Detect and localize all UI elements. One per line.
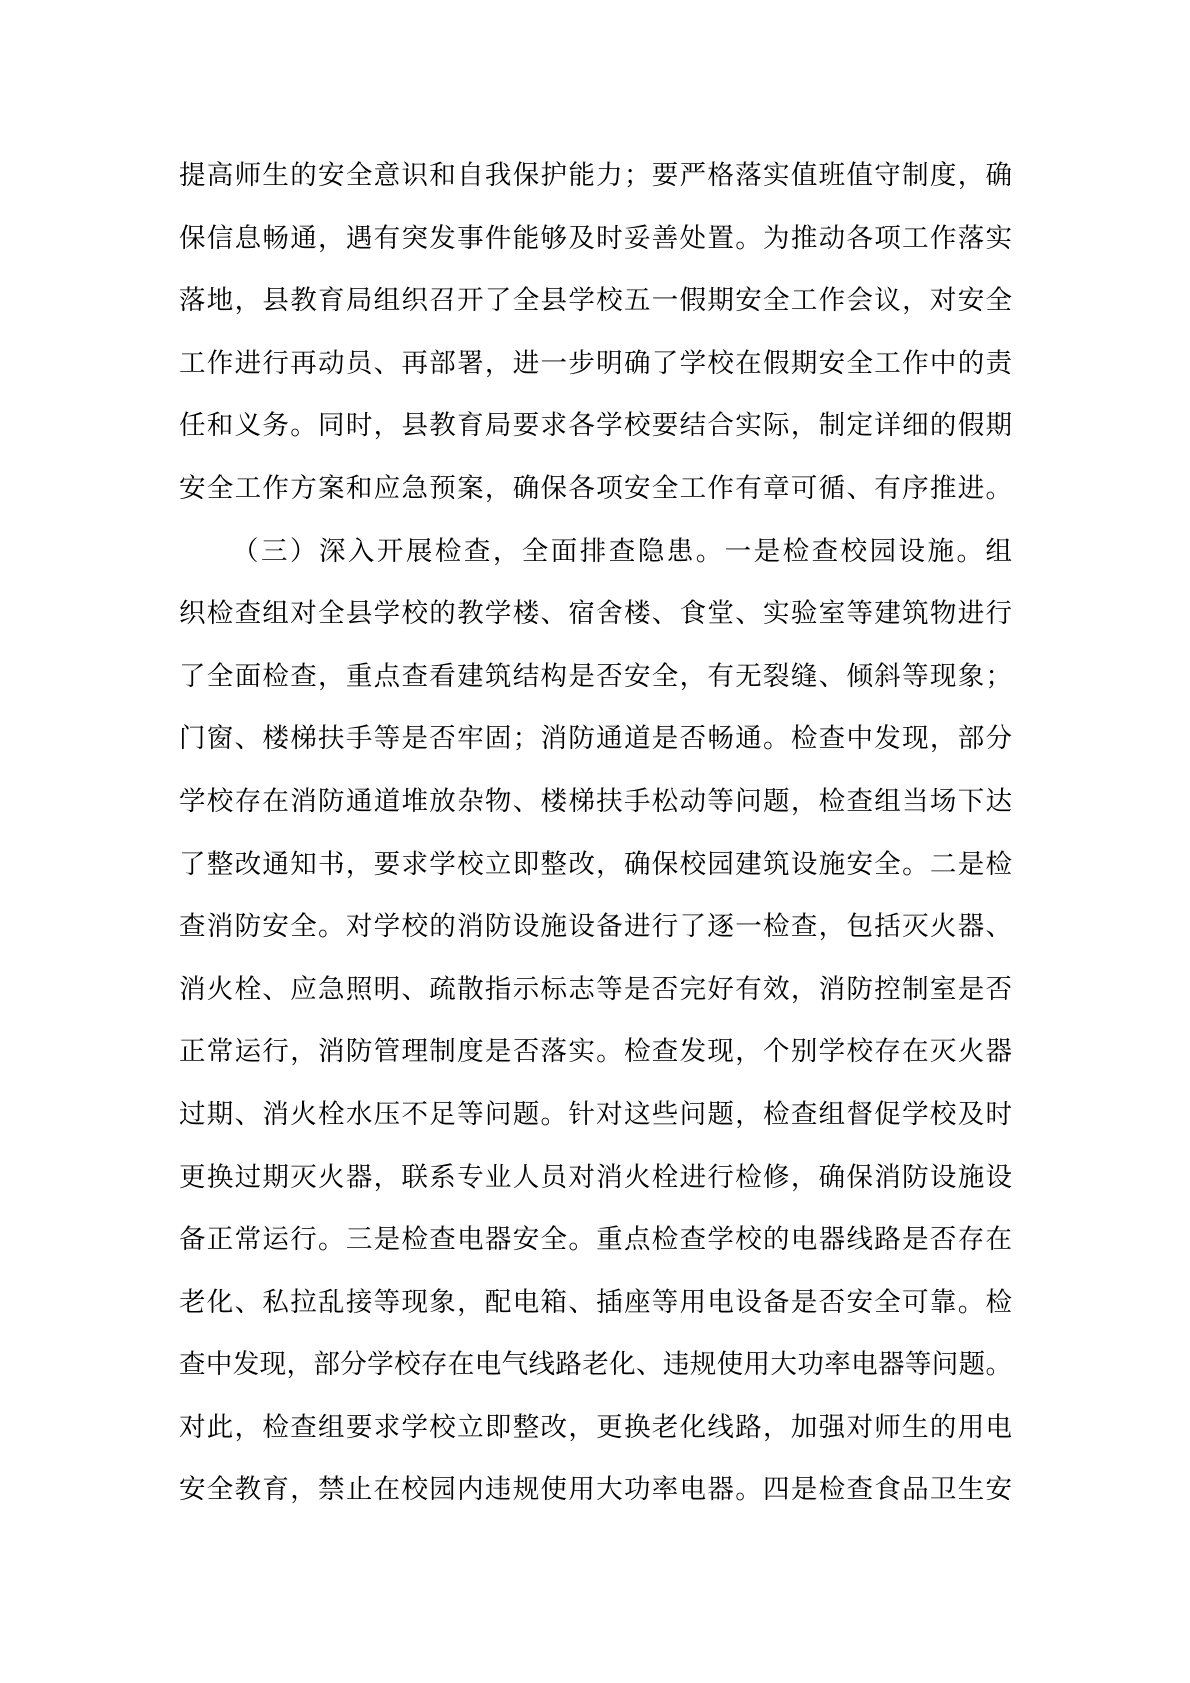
text-line: 提高师生的安全意识和自我保护能力；要严格落实值班值守制度，确: [179, 144, 1012, 207]
text-line: 查消防安全。对学校的消防设施设备进行了逐一检查，包括灭火器、: [179, 895, 1012, 958]
text-line: 织检查组对全县学校的教学楼、宿舍楼、食堂、实验室等建筑物进行: [179, 582, 1012, 645]
text-line: 备正常运行。三是检查电器安全。重点检查学校的电器线路是否存在: [179, 1208, 1012, 1271]
text-line: 过期、消火栓水压不足等问题。针对这些问题，检查组督促学校及时: [179, 1083, 1012, 1146]
text-line: 对此，检查组要求学校立即整改，更换老化线路，加强对师生的用电: [179, 1396, 1012, 1459]
text-line: 查中发现，部分学校存在电气线路老化、违规使用大功率电器等问题。: [179, 1333, 1012, 1396]
text-line: 消火栓、应急照明、疏散指示标志等是否完好有效，消防控制室是否: [179, 958, 1012, 1021]
text-line: 了全面检查，重点查看建筑结构是否安全，有无裂缝、倾斜等现象；: [179, 645, 1012, 708]
text-line: 安全教育，禁止在校园内违规使用大功率电器。四是检查食品卫生安: [179, 1458, 1012, 1521]
text-line: 正常运行，消防管理制度是否落实。检查发现，个别学校存在灭火器: [179, 1020, 1012, 1083]
text-line: 更换过期灭火器，联系专业人员对消火栓进行检修，确保消防设施设: [179, 1146, 1012, 1209]
text-line: 任和义务。同时，县教育局要求各学校要结合实际，制定详细的假期: [179, 394, 1012, 457]
document-body-text: 提高师生的安全意识和自我保护能力；要严格落实值班值守制度，确 保信息畅通，遇有突…: [179, 144, 1012, 1521]
document-page: 提高师生的安全意识和自我保护能力；要严格落实值班值守制度，确 保信息畅通，遇有突…: [0, 0, 1190, 1683]
text-line: 落地，县教育局组织召开了全县学校五一假期安全工作会议，对安全: [179, 269, 1012, 332]
text-line: 了整改通知书，要求学校立即整改，确保校园建筑设施安全。二是检: [179, 833, 1012, 896]
text-line: 工作进行再动员、再部署，进一步明确了学校在假期安全工作中的责: [179, 332, 1012, 395]
section-heading-line: （三）深入开展检查，全面排查隐患。一是检查校园设施。组: [179, 520, 1012, 583]
text-line: 学校存在消防通道堆放杂物、楼梯扶手松动等问题，检查组当场下达: [179, 770, 1012, 833]
text-line: 保信息畅通，遇有突发事件能够及时妥善处置。为推动各项工作落实: [179, 207, 1012, 270]
text-line: 安全工作方案和应急预案，确保各项安全工作有章可循、有序推进。: [179, 457, 1012, 520]
text-line: 老化、私拉乱接等现象，配电箱、插座等用电设备是否安全可靠。检: [179, 1271, 1012, 1334]
text-line: 门窗、楼梯扶手等是否牢固；消防通道是否畅通。检查中发现，部分: [179, 707, 1012, 770]
